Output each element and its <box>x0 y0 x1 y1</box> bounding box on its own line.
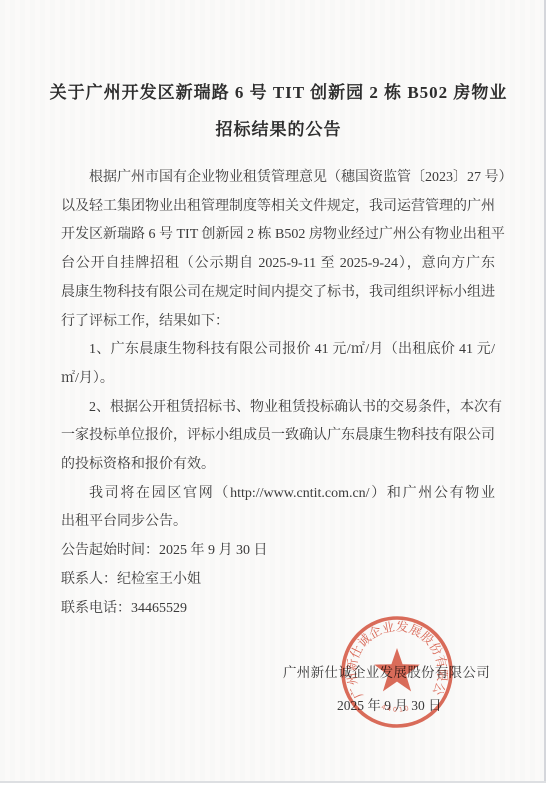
document-title: 关于广州开发区新瑞路 6 号 TIT 创新园 2 栋 B502 房物业 招标结果… <box>40 74 517 148</box>
document-line: 台公开自挂牌招租（公示期自 2025-9-11 至 2025-9-24），意向方… <box>61 250 495 279</box>
document-line: ㎡/月）。 <box>61 365 495 394</box>
document-line: 根据广州市国有企业物业租赁管理意见（穗国资监管〔2023〕27 号） <box>61 164 495 193</box>
document-line: 行了评标工作，结果如下： <box>61 308 495 337</box>
page-scan-margin-right <box>546 0 557 787</box>
contact-phone-line: 联系电话：34465529 <box>61 595 495 624</box>
signature-date: 2025 年 9 月 30 日 <box>337 694 442 714</box>
document-line: 我司将在园区官网（http://www.cntit.com.cn/）和广州公有物… <box>61 480 495 509</box>
scanned-document-page: 关于广州开发区新瑞路 6 号 TIT 创新园 2 栋 B502 房物业 招标结果… <box>0 0 557 787</box>
document-line: 晨康生物科技有限公司在规定时间内提交了标书，我司组织评标小组进 <box>61 279 495 308</box>
announcement-start-date-line: 公告起始时间：2025 年 9 月 30 日 <box>61 537 495 566</box>
contact-person-line: 联系人：纪检室王小姐 <box>61 566 495 595</box>
document-title-line2: 招标结果的公告 <box>40 111 517 148</box>
document-line: 以及轻工集团物业出租管理制度等相关文件规定，我司运营管理的广州 <box>61 193 495 222</box>
document-line: 出租平台同步公告。 <box>61 508 495 537</box>
document-line: 的投标资格和报价有效。 <box>61 451 495 480</box>
document-line: 1、广东晨康生物科技有限公司报价 41 元/㎡/月（出租底价 41 元/ <box>61 336 495 365</box>
document-line: 一家投标单位报价，评标小组成员一致确认广东晨康生物科技有限公司 <box>61 422 495 451</box>
document-title-line1: 关于广州开发区新瑞路 6 号 TIT 创新园 2 栋 B502 房物业 <box>40 74 517 111</box>
document-body: 根据广州市国有企业物业租赁管理意见（穗国资监管〔2023〕27 号） 以及轻工集… <box>61 164 495 623</box>
page-scan-margin-bottom <box>0 783 546 787</box>
document-line: 开发区新瑞路 6 号 TIT 创新园 2 栋 B502 房物业经过广州公有物业出… <box>61 221 495 250</box>
signature-company-name: 广州新仕诚企业发展股份有限公司 <box>283 661 490 681</box>
document-line: 2、根据公开租赁招标书、物业租赁投标确认书的交易条件，本次有 <box>61 394 495 423</box>
